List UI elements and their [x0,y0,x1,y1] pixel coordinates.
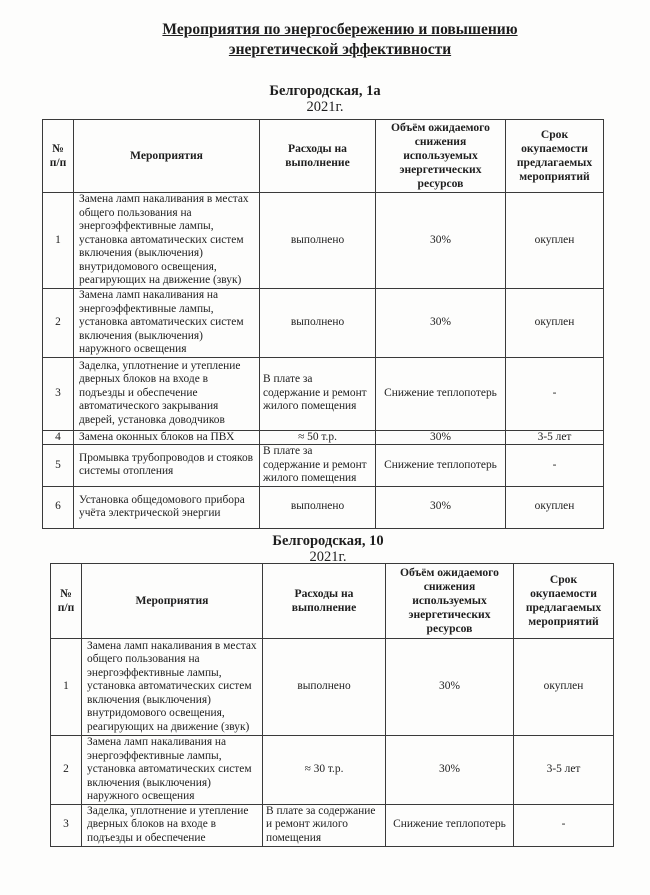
row-cost: выполнено [260,193,376,289]
activities-table-1: № п/п Мероприятия Расходы на выполнение … [42,119,604,529]
document-title: Мероприятия по энергосбережению и повыше… [0,20,650,60]
row-activity: Промывка трубопроводов и стояков системы… [74,445,260,487]
row-cost: В плате за содержание и ремонт жилого по… [260,357,376,430]
row-payback: - [506,445,604,487]
row-reduction: 30% [386,639,514,736]
row-payback: окуплен [506,486,604,528]
activities-table-2: № п/п Мероприятия Расходы на выполнение … [50,563,614,847]
row-activity: Установка общедомового прибора учёта эле… [74,486,260,528]
row-activity: Замена оконных блоков на ПВХ [74,430,260,445]
row-num: 4 [43,430,74,445]
row-num: 6 [43,486,74,528]
row-activity: Замена ламп накаливания на энергоэффекти… [82,736,263,805]
row-cost: ≈ 30 т.р. [263,736,386,805]
table-row: 1 Замена ламп накаливания в местах общег… [43,193,604,289]
row-activity: Замена ламп накаливания в местах общего … [74,193,260,289]
table-row: 1 Замена ламп накаливания в местах общег… [51,639,614,736]
row-reduction: 30% [376,430,506,445]
row-num: 2 [51,736,82,805]
section-header-2: Белгородская, 10 2021г. [3,533,650,565]
row-reduction: 30% [376,193,506,289]
row-reduction: Снижение теплопотерь [386,804,514,846]
header-num: № п/п [51,564,82,639]
row-num: 1 [51,639,82,736]
row-reduction: Снижение теплопотерь [376,357,506,430]
row-payback: - [514,804,614,846]
table-row: 4 Замена оконных блоков на ПВХ ≈ 50 т.р.… [43,430,604,445]
table-row: 5 Промывка трубопроводов и стояков систе… [43,445,604,487]
header-activity: Мероприятия [74,120,260,193]
row-payback: 3-5 лет [506,430,604,445]
row-cost: В плате за содержание и ремонт жилого по… [263,804,386,846]
row-payback: 3-5 лет [514,736,614,805]
row-num: 3 [43,357,74,430]
row-activity: Заделка, уплотнение и утепление дверных … [82,804,263,846]
row-activity: Замена ламп накаливания в местах общего … [82,639,263,736]
header-num: № п/п [43,120,74,193]
document-title-line-2: энергетической эффективности [0,40,650,60]
row-payback: - [506,357,604,430]
row-reduction: 30% [386,736,514,805]
row-cost: выполнено [263,639,386,736]
row-num: 1 [43,193,74,289]
row-reduction: 30% [376,486,506,528]
table-header-row: № п/п Мероприятия Расходы на выполнение … [51,564,614,639]
table-row: 3 Заделка, уплотнение и утепление дверны… [51,804,614,846]
header-cost: Расходы на выполнение [260,120,376,193]
row-num: 3 [51,804,82,846]
section-year: 2021г. [0,100,650,115]
row-activity: Заделка, уплотнение и утепление дверных … [74,357,260,430]
header-reduction: Объём ожидаемого снижения используемых э… [386,564,514,639]
row-reduction: 30% [376,289,506,358]
row-activity: Замена ламп накаливания на энергоэффекти… [74,289,260,358]
table-row: 6 Установка общедомового прибора учёта э… [43,486,604,528]
section-header-1: Белгородская, 1а 2021г. [0,83,650,115]
header-activity: Мероприятия [82,564,263,639]
row-payback: окуплен [506,289,604,358]
row-num: 5 [43,445,74,487]
section-address: Белгородская, 1а [0,83,650,100]
row-cost: выполнено [260,486,376,528]
header-payback: Срок окупаемости предлагаемых мероприяти… [514,564,614,639]
section-address: Белгородская, 10 [3,533,650,550]
row-payback: окуплен [514,639,614,736]
row-cost: ≈ 50 т.р. [260,430,376,445]
row-num: 2 [43,289,74,358]
header-cost: Расходы на выполнение [263,564,386,639]
table-row: 2 Замена ламп накаливания на энергоэффек… [43,289,604,358]
header-payback: Срок окупаемости предлагаемых мероприяти… [506,120,604,193]
table-row: 2 Замена ламп накаливания на энергоэффек… [51,736,614,805]
table-row: 3 Заделка, уплотнение и утепление дверны… [43,357,604,430]
header-reduction: Объём ожидаемого снижения используемых э… [376,120,506,193]
table-header-row: № п/п Мероприятия Расходы на выполнение … [43,120,604,193]
row-cost: В плате за содержание и ремонт жилого по… [260,445,376,487]
row-payback: окуплен [506,193,604,289]
row-reduction: Снижение теплопотерь [376,445,506,487]
document-title-line-1: Мероприятия по энергосбережению и повыше… [0,20,650,40]
row-cost: выполнено [260,289,376,358]
